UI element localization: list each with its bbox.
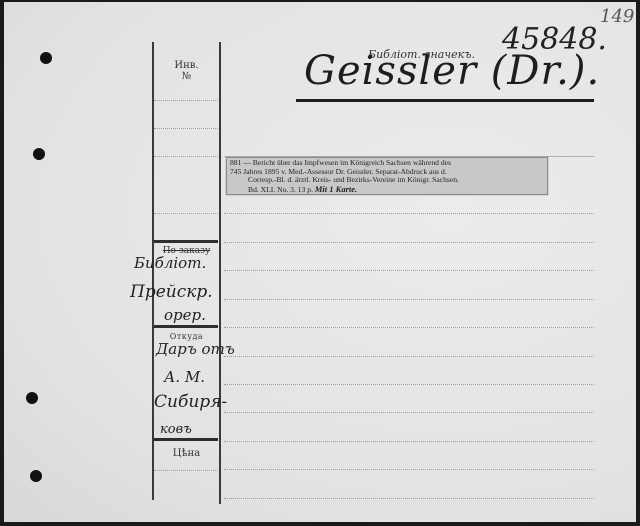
ruled-line — [224, 242, 594, 243]
column-border-right — [219, 42, 221, 504]
section-divider — [154, 325, 218, 328]
heading-rule — [296, 99, 594, 102]
clipping-line: Corresp.-Bl. d. ärztl. Kreis- und Bezirk… — [230, 176, 544, 185]
ruled-line — [154, 156, 218, 157]
punch-hole — [26, 392, 38, 404]
ruled-line — [154, 470, 218, 471]
order-value-line: Библiот. — [134, 254, 206, 272]
price-label: Цѣна — [154, 448, 219, 459]
bibliographic-clipping: 881 — Bericht über das Impfwesen im Köni… — [226, 157, 548, 195]
source-value-line: ковъ — [160, 422, 192, 437]
ruled-line — [154, 128, 218, 129]
section-divider — [154, 438, 218, 441]
ruled-line — [224, 412, 594, 413]
source-value-line: Сибиря- — [154, 392, 227, 412]
ruled-line — [224, 327, 594, 328]
ruled-line — [224, 498, 594, 499]
ruled-line — [224, 213, 594, 214]
source-value-line: Даръ отъ — [156, 340, 235, 358]
punch-hole — [40, 52, 52, 64]
ruled-line — [224, 356, 594, 357]
order-value-line: Прейскр. — [130, 282, 213, 302]
ruled-line — [154, 213, 218, 214]
ruled-line — [224, 299, 594, 300]
handwritten-note: Mit 1 Karte. — [315, 184, 357, 194]
ruled-line — [224, 469, 594, 470]
catalog-card: 149 Библіот. значекъ. 45848. Geissler (D… — [4, 2, 636, 522]
source-value-line: А. М. — [164, 368, 205, 386]
ruled-line — [154, 100, 218, 101]
author-heading: Geissler (Dr.). — [304, 48, 600, 94]
ruled-line — [224, 270, 594, 271]
punch-hole — [30, 470, 42, 482]
clipping-line: Bd. XLI. No. 3. 13 p. Mit 1 Karte. — [230, 185, 544, 195]
inventory-label: Инв. № — [154, 60, 219, 82]
ruled-line — [224, 441, 594, 442]
order-value-line: орер. — [164, 306, 206, 324]
section-divider — [154, 240, 218, 243]
punch-hole — [33, 148, 45, 160]
ruled-line — [224, 384, 594, 385]
